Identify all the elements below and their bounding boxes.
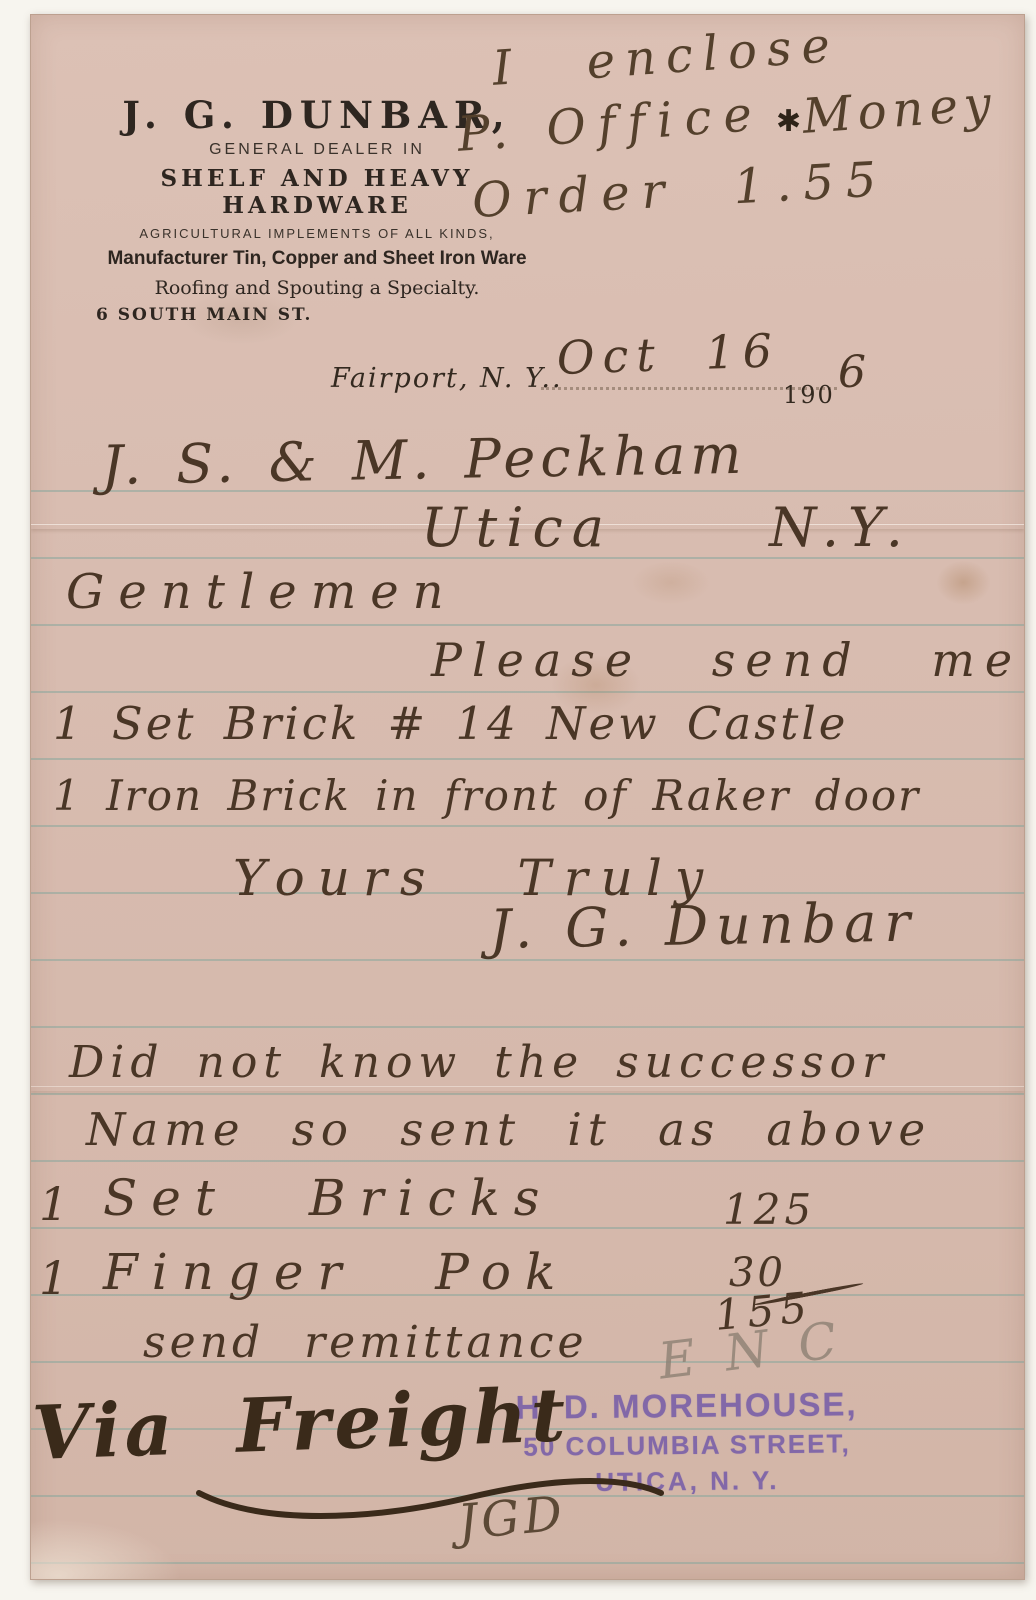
sender-initials: JGD bbox=[456, 1490, 568, 1547]
postscript-line-2: Name so sent it as above bbox=[86, 1107, 931, 1152]
scanned-letter: J. G. DUNBAR, GENERAL DEALER IN SHELF AN… bbox=[0, 0, 1036, 1600]
body-line-3: 1 Iron Brick in front of Raker door bbox=[53, 775, 920, 817]
body-line-1: Please send me bbox=[431, 637, 1022, 683]
shipping-note: Via Freight bbox=[31, 1378, 570, 1471]
ink-blot-icon: ✱ bbox=[776, 107, 801, 137]
item2-qty: 1 bbox=[39, 1255, 68, 1301]
flourish-underline bbox=[191, 1463, 691, 1533]
remittance-note: send remittance bbox=[143, 1321, 588, 1365]
letterhead-specialty-line: Roofing and Spouting a Specialty. bbox=[86, 277, 548, 299]
enclosure-note-line1: I enclose bbox=[491, 21, 841, 93]
signature: J. G. Dunbar bbox=[489, 896, 919, 957]
letterhead-street-address: 6 SOUTH MAIN ST. bbox=[86, 305, 548, 325]
letterhead-manufacturer-line: Manufacturer Tin, Copper and Sheet Iron … bbox=[86, 248, 548, 270]
item1-qty: 1 bbox=[39, 1181, 68, 1227]
handwritten-year-digit: 6 bbox=[838, 351, 866, 395]
postscript-line-1: Did not know the successor bbox=[69, 1041, 889, 1085]
stain bbox=[936, 560, 991, 605]
item2-desc: Finger Pok bbox=[103, 1247, 569, 1297]
enclosure-note-line2b: Money bbox=[801, 79, 998, 140]
printed-year: 190 bbox=[783, 381, 835, 409]
item1-price: 125 bbox=[723, 1189, 815, 1231]
stain bbox=[631, 560, 711, 605]
addressee-name: J. S. & M. Peckham bbox=[101, 428, 747, 493]
worn-corner bbox=[31, 1519, 181, 1579]
item1-desc: Set Bricks bbox=[103, 1173, 553, 1223]
handwritten-date: Oct 16 bbox=[556, 327, 781, 381]
addressee-city: Utica N.Y. bbox=[421, 501, 912, 555]
salutation: Gentlemen bbox=[66, 568, 458, 616]
letter-paper: J. G. DUNBAR, GENERAL DEALER IN SHELF AN… bbox=[30, 14, 1025, 1580]
body-line-2: 1 Set Brick # 14 New Castle bbox=[53, 701, 848, 746]
printed-place: Fairport, N. Y.. bbox=[331, 363, 563, 394]
